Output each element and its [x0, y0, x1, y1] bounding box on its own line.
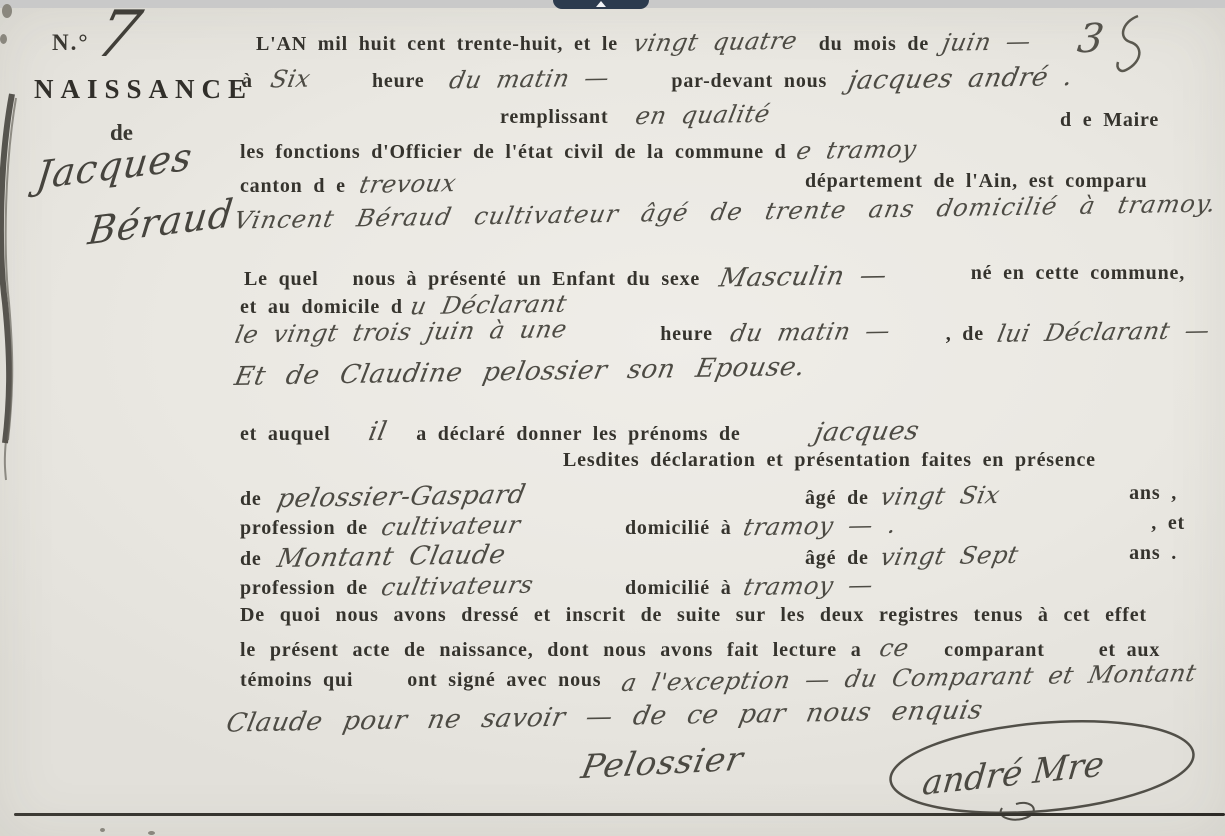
handwritten-text: vingt quatre [631, 27, 800, 58]
printed-text: et au domicile d [240, 296, 403, 318]
handwritten-text: lui Déclarant — [995, 316, 1213, 348]
scanned-birth-record: N.° 7 NAISSANCE de Jacques Béraud 3 L'AN… [0, 0, 1225, 836]
printed-text: profession de [240, 577, 368, 599]
handwritten-text: Masculin — [717, 261, 890, 294]
printed-text: a déclaré donner les prénoms de [416, 423, 740, 445]
printed-text: heure [660, 323, 713, 345]
handwritten-text: tramoy — [741, 571, 876, 601]
handwritten-text: jacques andré . [846, 62, 1076, 96]
scan-speck [0, 34, 7, 44]
printed-text: canton d e [240, 175, 346, 197]
scan-speck [100, 828, 105, 832]
act-line: Claude pour ne savoir — de ce par nous e… [228, 702, 981, 732]
act-line: témoins qui ont signé avec nous a l'exce… [240, 664, 1196, 694]
handwritten-text: il [366, 417, 390, 447]
handwritten-text: jacques [811, 416, 921, 448]
act-line: remplissant en qualité d e Maire [240, 101, 1185, 131]
printed-text: ans , [1129, 482, 1177, 505]
printed-text: à [242, 70, 253, 92]
handwritten-text: cultivateurs [379, 571, 536, 602]
handwritten-text: du matin — [728, 317, 893, 348]
bottom-rule [14, 813, 1225, 816]
printed-text: heure [372, 70, 425, 92]
act-line: et auquel il a déclaré donner les prénom… [240, 417, 918, 447]
printed-text: ont signé avec nous [407, 669, 601, 691]
chevron-up-icon [596, 1, 606, 7]
handwritten-text: en qualité [633, 100, 773, 130]
act-line: De quoi nous avons dressé et inscrit de … [240, 604, 1147, 634]
printed-text: Le quel [244, 268, 319, 290]
witness-signature: Pelossier [578, 739, 747, 786]
act-line: le vingt trois juin à une heure du matin… [236, 318, 1209, 348]
page-mark: 3 [1075, 16, 1107, 62]
printed-text: âgé de [805, 487, 869, 509]
mayor-signature: andré Mre [920, 745, 1105, 804]
printed-text: nous à présenté un Enfant du sexe [353, 268, 701, 290]
printed-text: L'AN mil huit cent trente-huit, et le [256, 33, 618, 55]
printed-text: remplissant [500, 106, 608, 128]
printed-text: domicilié à [625, 517, 732, 539]
handwritten-text: e tramoy [794, 135, 919, 165]
handwritten-text: pelossier-Gaspard [274, 480, 528, 514]
act-line: le présent acte de naissance, dont nous … [240, 634, 1160, 664]
printed-text: , et [1151, 512, 1185, 535]
handwritten-text: tramoy — . [741, 511, 899, 542]
printed-text: De quoi nous avons dressé et inscrit de … [240, 604, 1147, 626]
printed-text: du mois de [819, 33, 929, 55]
act-number: 7 [89, 0, 148, 72]
handwritten-text: a l'exception — du Comparant et Montant [620, 659, 1200, 697]
handwritten-text: vingt Six [878, 481, 1002, 511]
act-line: Lesdites déclaration et présentation fai… [563, 449, 1096, 479]
printed-text: ans . [1129, 542, 1177, 565]
scan-speck [148, 831, 155, 835]
handwritten-text: ce [877, 634, 911, 662]
act-line: profession de cultivateur domicilié à tr… [240, 512, 1185, 542]
scan-speck [2, 4, 12, 18]
handwritten-text: trevoux [357, 169, 459, 199]
child-first-name: Jacques [34, 134, 195, 198]
residence-entry: domicilié à tramoy — . [625, 512, 896, 540]
act-line: de Montant Claude âgé de vingt Sept ans … [240, 542, 1185, 572]
printed-text: profession de [240, 517, 368, 539]
handwritten-text: juin — [940, 27, 1033, 57]
handwritten-text: cultivateur [379, 511, 523, 541]
printed-text: département de l'Ain, est comparu [805, 170, 1147, 193]
handwritten-text: Claude pour ne savoir — de ce par nous e… [224, 695, 986, 738]
printed-text: Lesdites déclaration et présentation fai… [563, 449, 1096, 471]
age-entry: âgé de vingt Six [805, 482, 999, 510]
act-line: Et de Claudine pelossier son Epouse. [236, 357, 804, 387]
act-line: les fonctions d'Officier de l'état civil… [240, 136, 916, 166]
printed-text: né en cette commune, [971, 262, 1185, 285]
printed-text: témoins qui [240, 669, 353, 691]
printed-text: les fonctions d'Officier de l'état civil… [240, 141, 787, 163]
show-toolbar-handle[interactable] [553, 0, 649, 9]
printed-text: par-devant nous [671, 70, 827, 92]
printed-text: et auquel [240, 423, 331, 445]
residence-entry: domicilié à tramoy — [625, 572, 872, 600]
printed-text: et aux [1099, 639, 1160, 661]
handwritten-text: Et de Claudine pelossier son Epouse. [232, 352, 808, 392]
paraph-flourish [1108, 12, 1154, 76]
binding-crease [0, 88, 26, 468]
record-title: NAISSANCE [34, 74, 253, 105]
act-line: à Six heure du matin — par-devant nous j… [242, 64, 1072, 94]
printed-text: domicilié à [625, 577, 732, 599]
handwritten-text: le vingt trois juin à une [233, 315, 570, 349]
age-entry: âgé de vingt Sept [805, 542, 1018, 570]
act-line: de pelossier-Gaspard âgé de vingt Six an… [240, 482, 1185, 512]
mayor-signature-oval: andré Mre [882, 712, 1202, 822]
act-line: L'AN mil huit cent trente-huit, et le vi… [256, 28, 1031, 58]
act-number-label: N.° [52, 30, 90, 56]
handwritten-text: du matin — [447, 64, 612, 95]
printed-text: d e Maire [1060, 109, 1159, 132]
handwritten-text: Six [268, 65, 313, 94]
printed-text: , de [946, 323, 984, 345]
handwritten-text: vingt Sept [878, 541, 1021, 571]
act-line: Le quel nous à présenté un Enfant du sex… [244, 262, 1185, 292]
printed-text: âgé de [805, 547, 869, 569]
printed-text: de [240, 548, 262, 570]
act-line: profession de cultivateurs domicilié à t… [240, 572, 1185, 602]
printed-text: comparant [944, 639, 1045, 661]
child-last-name: Béraud [86, 191, 236, 254]
act-line: Vincent Béraud cultivateur âgé de trente… [236, 198, 1214, 228]
printed-text: le présent acte de naissance, dont nous … [240, 639, 862, 661]
document-page: N.° 7 NAISSANCE de Jacques Béraud 3 L'AN… [0, 8, 1225, 836]
printed-text: de [240, 488, 262, 510]
handwritten-text: Montant Claude [274, 540, 508, 574]
